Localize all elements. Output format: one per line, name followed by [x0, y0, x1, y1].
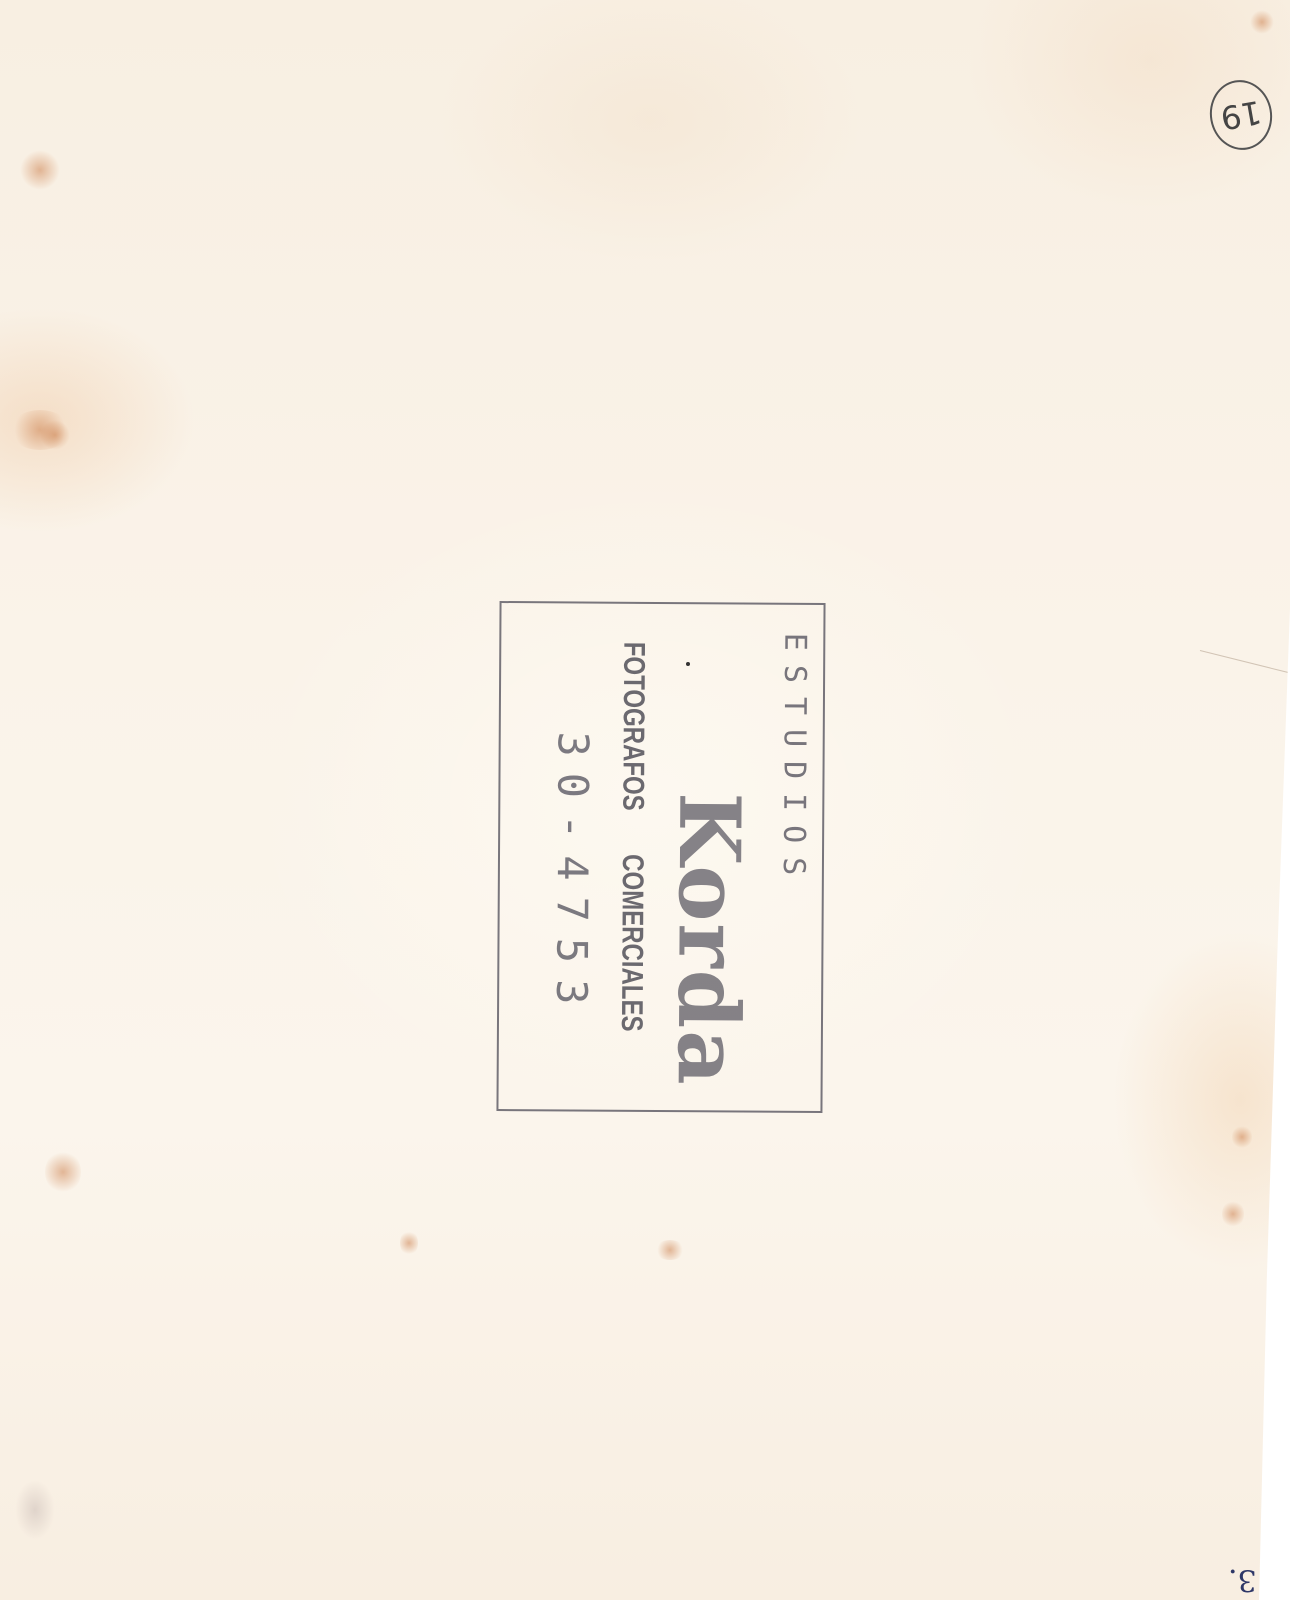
foxing-stain — [45, 1150, 81, 1194]
foxing-stain — [1250, 10, 1274, 34]
foxing-stain — [1232, 1125, 1252, 1149]
stamp-tagline: FOTOGRAFOS COMERCIALES — [614, 642, 650, 1034]
stamp-text-block: ESTUDIOS Korda FOTOGRAFOS COMERCIALES 30… — [510, 611, 813, 1103]
foxing-stain — [400, 1230, 418, 1256]
circled-number-text: 19 — [1207, 77, 1276, 152]
foxing-stain — [20, 150, 60, 190]
foxing-stain — [40, 420, 70, 450]
stamp-studio-name: Korda — [657, 792, 759, 1283]
scanned-photo-back: ESTUDIOS Korda FOTOGRAFOS COMERCIALES 30… — [0, 0, 1303, 1600]
ink-dot — [686, 662, 690, 666]
smudge — [15, 1480, 55, 1540]
foxing-stain — [1222, 1200, 1244, 1228]
handwritten-corner-note: 3. — [1228, 1562, 1257, 1597]
studio-stamp: ESTUDIOS Korda FOTOGRAFOS COMERCIALES 30… — [496, 601, 825, 1113]
paper-crease — [1200, 650, 1292, 674]
stamp-estudios: ESTUDIOS — [774, 633, 812, 1123]
stamp-phone-number: 30-4753 — [546, 731, 598, 1221]
